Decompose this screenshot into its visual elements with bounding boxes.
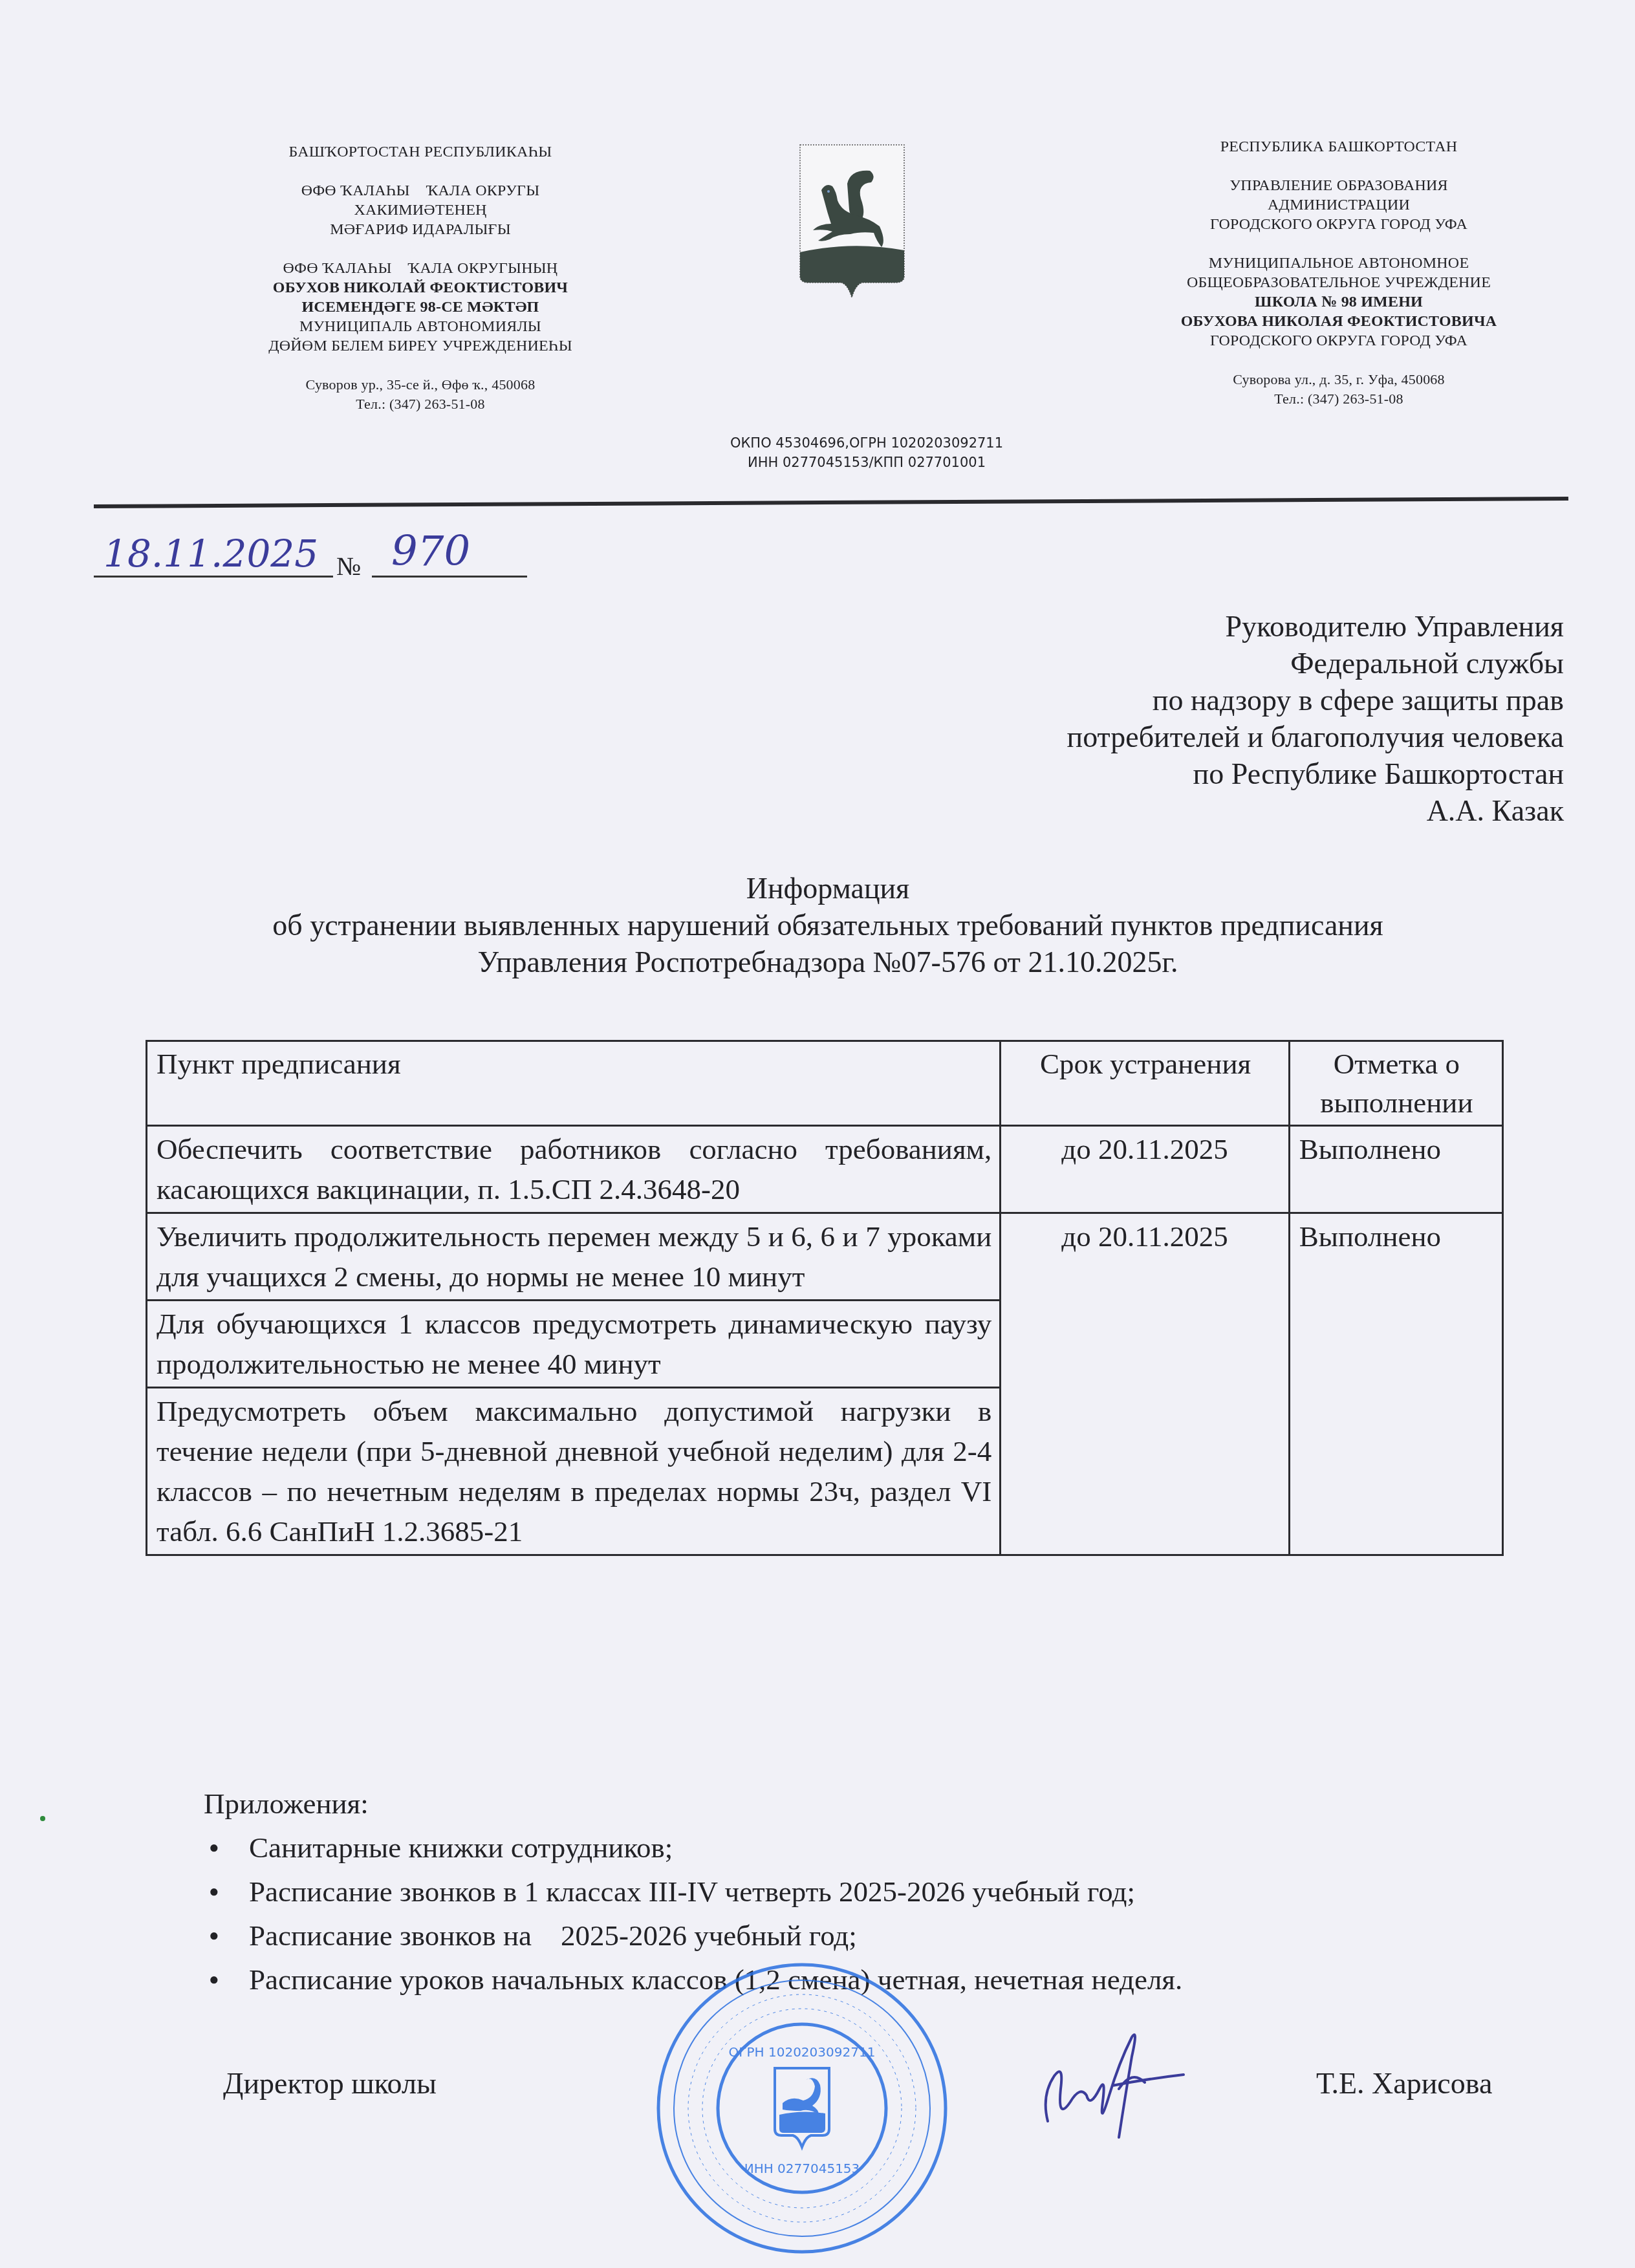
address: Суворова ул., д. 35, г. Уфа, 450068: [1099, 370, 1578, 389]
signer-position: Директор школы: [223, 2066, 437, 2101]
letterhead-left-line: БАШҠОРТОСТАН РЕСПУБЛИКАҺЫ: [194, 142, 647, 162]
signer-name: Т.Е. Харисова: [1316, 2066, 1492, 2101]
list-item: Санитарные книжки сотрудников;: [249, 1826, 1594, 1870]
item-cell: Обеспечить соответствие работников согла…: [147, 1126, 1001, 1213]
title-subject: об устранении выявленных нарушений обяза…: [97, 907, 1559, 944]
addressee-line: Федеральной службы: [852, 645, 1564, 682]
header-divider: [94, 497, 1568, 508]
school-name: ОБУХОВА НИКОЛАЯ ФЕОКТИСТОВИЧА: [1099, 312, 1578, 331]
letterhead-right-line: ГОРОДСКОГО ОКРУГА ГОРОД УФА: [1099, 215, 1578, 234]
addressee-name: А.А. Казак: [852, 792, 1564, 829]
header-status: Отметка о выполнении: [1289, 1041, 1502, 1126]
letterhead-left-line: ӨФӨ ҠАЛАҺЫ ҠАЛА ОКРУГЫНЫҢ: [194, 259, 647, 278]
letterhead-left-line: ХАКИМИӘТЕНЕҢ: [194, 200, 647, 220]
header-item: Пункт предписания: [147, 1041, 1001, 1126]
inn-kpp: ИНН 0277045153/КПП 027701001: [673, 453, 1061, 472]
addressee-line: по Республике Башкортостан: [852, 755, 1564, 792]
scan-speck: [40, 1816, 45, 1821]
attachments-heading: Приложения:: [204, 1782, 1594, 1826]
letterhead-right: РЕСПУБЛИКА БАШКОРТОСТАН УПРАВЛЕНИЕ ОБРАЗ…: [1099, 137, 1578, 409]
letterhead-right-line: УПРАВЛЕНИЕ ОБРАЗОВАНИЯ: [1099, 176, 1578, 195]
item-cell: Предусмотреть объем максимально допустим…: [147, 1388, 1001, 1555]
item-cell: Для обучающихся 1 классов предусмотреть …: [147, 1301, 1001, 1388]
address-bashkir: Суворов ур., 35-се й., Өфө ҡ., 450068: [194, 375, 647, 394]
status-cell: Выполнено: [1289, 1213, 1502, 1555]
phone: Тел.: (347) 263-51-08: [1099, 389, 1578, 409]
title-heading: Информация: [97, 870, 1559, 907]
okpo-ogrn: ОКПО 45304696,ОГРН 1020203092711: [673, 433, 1061, 453]
handwritten-number: 970: [391, 528, 470, 576]
handwritten-date: 18.11.2025: [103, 532, 318, 576]
letterhead-left: БАШҠОРТОСТАН РЕСПУБЛИКАҺЫ ӨФӨ ҠАЛАҺЫ ҠАЛ…: [194, 142, 647, 414]
seal-ogrn: ОГРН 1020203092711: [729, 2044, 876, 2060]
table-header-row: Пункт предписания Срок устранения Отметк…: [147, 1041, 1503, 1126]
addressee-line: потребителей и благополучия человека: [852, 718, 1564, 755]
ufa-coat-of-arms-icon: [799, 144, 905, 299]
handwritten-signature-icon: [1035, 2024, 1242, 2141]
seal-inn: ИНН 0277045153: [744, 2161, 860, 2176]
item-cell: Увеличить продолжительность перемен межд…: [147, 1213, 1001, 1301]
list-item: Расписание звонков на 2025-2026 учебный …: [249, 1914, 1594, 1958]
phone-bashkir: Тел.: (347) 263-51-08: [194, 394, 647, 414]
letterhead-right-line: РЕСПУБЛИКА БАШКОРТОСТАН: [1099, 137, 1578, 157]
letterhead-right-line: АДМИНИСТРАЦИИ: [1099, 195, 1578, 215]
letterhead-right-line: МУНИЦИПАЛЬНОЕ АВТОНОМНОЕ: [1099, 254, 1578, 273]
school-name: ШКОЛА № 98 ИМЕНИ: [1099, 292, 1578, 312]
letterhead-left-line: МӘҒАРИФ ИДАРАЛЫҒЫ: [194, 220, 647, 239]
letterhead-left-line: ДӨЙӨМ БЕЛЕМ БИРЕҮ УЧРЕЖДЕНИЕҺЫ: [194, 336, 647, 356]
number-sign: №: [336, 551, 361, 581]
deadline-cell: до 20.11.2025: [1001, 1126, 1289, 1213]
official-seal-icon: ОГРН 1020203092711 ИНН 0277045153: [653, 1960, 951, 2257]
title-subject: Управления Роспотребнадзора №07-576 от 2…: [97, 944, 1559, 980]
letterhead-left-line: МУНИЦИПАЛЬ АВТОНОМИЯЛЫ: [194, 317, 647, 336]
table-row: Увеличить продолжительность перемен межд…: [147, 1213, 1503, 1301]
school-name-bashkir: ОБУХОВ НИКОЛАЙ ФЕОКТИСТОВИЧ: [194, 278, 647, 297]
registration-codes: ОКПО 45304696,ОГРН 1020203092711 ИНН 027…: [673, 433, 1061, 472]
letterhead-right-line: ГОРОДСКОГО ОКРУГА ГОРОД УФА: [1099, 331, 1578, 351]
addressee-line: по надзору в сфере защиты прав: [852, 682, 1564, 718]
header-deadline: Срок устранения: [1001, 1041, 1289, 1126]
document-title: Информация об устранении выявленных нару…: [97, 870, 1559, 980]
status-cell: Выполнено: [1289, 1126, 1502, 1213]
letterhead-right-line: ОБЩЕОБРАЗОВАТЕЛЬНОЕ УЧРЕЖДЕНИЕ: [1099, 273, 1578, 292]
deadline-cell: до 20.11.2025: [1001, 1213, 1289, 1555]
outgoing-registration: 18.11.2025 № 970: [94, 537, 534, 595]
list-item: Расписание звонков в 1 классах III-IV че…: [249, 1870, 1594, 1914]
addressee-block: Руководителю Управления Федеральной служ…: [852, 608, 1564, 829]
letterhead-left-line: ӨФӨ ҠАЛАҺЫ ҠАЛА ОКРУГЫ: [194, 181, 647, 200]
violations-table: Пункт предписания Срок устранения Отметк…: [146, 1040, 1504, 1556]
school-name-bashkir: ИСЕМЕНДӘГЕ 98-СЕ МӘКТӘП: [194, 297, 647, 317]
table-row: Обеспечить соответствие работников согла…: [147, 1126, 1503, 1213]
addressee-line: Руководителю Управления: [852, 608, 1564, 645]
